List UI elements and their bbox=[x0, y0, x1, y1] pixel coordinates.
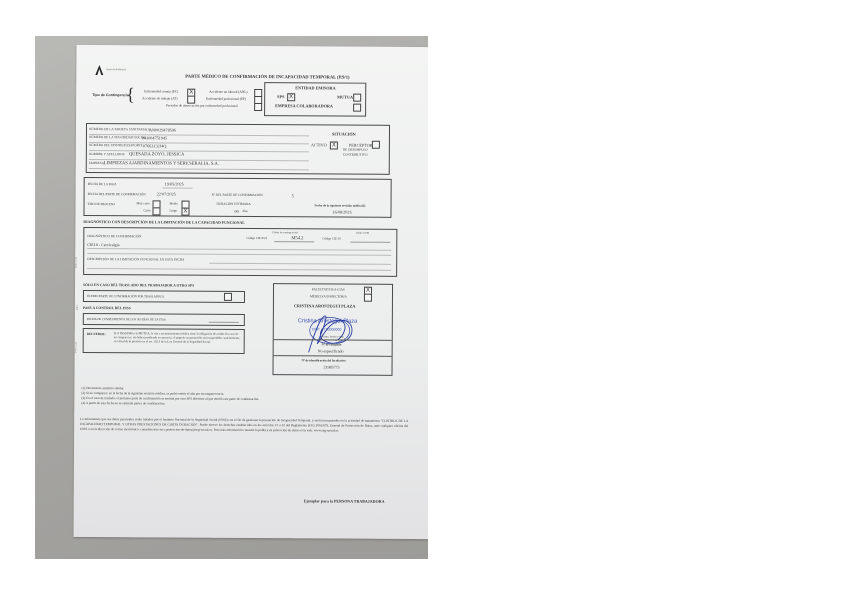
transfer-title: SÓLO EN CASO DEL TRASLADO DEL TRABAJADOR… bbox=[83, 283, 194, 289]
dni-label: NÚMERO DEL DNI/NIE/PASAPORTE: bbox=[89, 143, 144, 148]
perceptor-checkbox[interactable] bbox=[372, 141, 380, 149]
reminder-text: Si el INSS/ISM o la MUTUA, le cita a rec… bbox=[114, 331, 241, 344]
perceptor-sub2: CONTRIBUTIVO bbox=[343, 153, 368, 158]
empresa-checkbox[interactable] bbox=[353, 104, 361, 112]
reminder-label: RECUERDE: bbox=[87, 332, 106, 337]
document-page: Junta de Andalucía PARTE MÉDICO DE CONFI… bbox=[74, 45, 428, 539]
id-label: Nº de identificación del facultativo bbox=[302, 358, 346, 363]
inspector-label: MÉDICO/A INSPECTOR/A bbox=[310, 294, 347, 299]
diagnosis-section-title: DIAGNÓSTICO CON DESCRIPCIÓN DE LA LIMITA… bbox=[83, 220, 244, 226]
limitation-label: DESCRIPCIÓN DE LA LIMITACIÓN FUNCIONAL E… bbox=[87, 257, 184, 263]
mutua-checkbox[interactable] bbox=[353, 94, 361, 102]
confirm-num-value: 5 bbox=[292, 193, 294, 198]
ss-value: 041004751945 bbox=[142, 135, 167, 140]
diagnosis-confirm-label: DIAGNÓSTICO DE CONFIRMACIÓN bbox=[87, 234, 141, 239]
contingency-at-checkbox[interactable] bbox=[187, 96, 195, 104]
contingency-obs-checkbox[interactable] bbox=[254, 103, 262, 111]
transfer-last-checkbox[interactable] bbox=[224, 293, 232, 301]
duration-value: 90 bbox=[234, 209, 238, 214]
document-photo: Junta de Andalucía PARTE MÉDICO DE CONFI… bbox=[35, 36, 428, 559]
footnotes: (1) Documento sanitario similar. (2) Si … bbox=[81, 386, 381, 408]
contingency-anl-label: Accidente no laboral (ANL) bbox=[209, 90, 247, 95]
facultativo-label: FACULTATIVO/A-CIAS bbox=[312, 287, 345, 292]
colegiado-value: No especificado bbox=[318, 348, 344, 353]
doctor-name: CRISTINA AROSTEGUI PLAZA bbox=[294, 303, 355, 308]
doctor-box: FACULTATIVO/A-CIAS X MÉDICO/A INSPECTOR/… bbox=[272, 283, 393, 376]
duration-label: DURACIÓN ESTIMADA bbox=[217, 202, 251, 207]
reminder-box: RECUERDE: Si el INSS/ISM o la MUTUA, le … bbox=[83, 328, 245, 354]
contingency-ec-label: Enfermedad común (EC) bbox=[144, 89, 178, 94]
document-title: PARTE MÉDICO DE CONFIRMACIÓN DE INCAPACI… bbox=[185, 74, 349, 80]
name-label: NOMBRE Y APELLIDOS: bbox=[89, 152, 126, 157]
logo-text: Junta de Andalucía bbox=[106, 67, 126, 72]
inss-title: PASE A CONTROL DEL INSS bbox=[83, 306, 131, 311]
baja-value: 19/05/2025 bbox=[165, 181, 184, 186]
next-review-value: 16/08/2025 bbox=[332, 209, 351, 214]
confirm-date-label: FECHA DEL PARTE DE CONFIRMACIÓN bbox=[88, 192, 146, 197]
cie10-note: (Sólo en EP) bbox=[356, 231, 369, 236]
contingency-ep-label: Enfermedad profesional (EP) bbox=[206, 97, 246, 102]
mutua-label: MUTUA bbox=[337, 95, 353, 100]
confirm-num-label: Nº DEL PARTE DE CONFIRMACIÓN bbox=[212, 193, 263, 198]
inss-box: FECHA DE CUMPLIMIENTO DE LOS 365 DÍAS DE… bbox=[83, 313, 245, 326]
footnote-4: (4) A partir de esta fecha no se emitirá… bbox=[81, 401, 381, 408]
diagnosis-box: DIAGNÓSTICO DE CONFIRMACIÓN (Todas las c… bbox=[83, 227, 397, 277]
cie9-value: M54.2 bbox=[291, 235, 303, 240]
confirm-date-value: 22/07/2025 bbox=[157, 191, 176, 196]
health-card-label: NÚMERO DE LA TARJETA SANITARIA(1): bbox=[89, 127, 151, 132]
cie9-label: Código CIE-9/10 bbox=[246, 236, 267, 241]
corto-label: Corto bbox=[143, 208, 150, 213]
contingency-at-label: Accidente de trabajo (AT) bbox=[142, 96, 177, 101]
company-value: LIMPIEZAS AJARDINAMIENTOS Y SERV.SERALIA… bbox=[104, 160, 219, 166]
issuing-entity-title: ENTIDAD EMISORA bbox=[295, 85, 335, 90]
sps-checkbox[interactable]: X bbox=[287, 93, 295, 101]
next-review-label: Fecha de la siguiente revisión médica(2) bbox=[315, 203, 366, 208]
activo-label: ACTIVO bbox=[311, 142, 327, 147]
baja-label: FECHA DE LA BAJA bbox=[88, 182, 117, 187]
duration-unit: días bbox=[242, 209, 247, 214]
largo-label: Largo bbox=[169, 208, 177, 213]
transfer-box: ÚLTIMO PARTE DE CONFIRMACIÓN POR TRASLAD… bbox=[83, 290, 245, 303]
dni-value: 07663132J4Q bbox=[143, 143, 167, 148]
process-label: TIPO DE PROCESO bbox=[88, 202, 115, 207]
name-value: QUESADA ZOYO, JESSICA bbox=[129, 151, 185, 156]
copy-label: Ejemplar para la PERSONA TRABAJADORA bbox=[304, 498, 385, 503]
junta-andalucia-logo-icon bbox=[94, 65, 104, 75]
side-code-3: P-9/1 v1.0 bbox=[74, 342, 79, 353]
contingency-obs-label: Periodos de observación por enfermedad p… bbox=[166, 103, 237, 108]
issuing-entity-box: ENTIDAD EMISORA SPS X MUTUA EMPRESA COLA… bbox=[264, 82, 366, 117]
corto-checkbox[interactable] bbox=[152, 207, 160, 215]
situation-title: SITUACIÓN bbox=[332, 131, 356, 136]
empresa-label: EMPRESA COLABORADORA bbox=[275, 103, 333, 108]
ss-label: NÚMERO DE LA SEGURIDAD SOCIAL: bbox=[89, 135, 147, 140]
muy-corto-label: Muy corto bbox=[137, 201, 150, 206]
transfer-last-label: ÚLTIMO PARTE DE CONFIRMACIÓN POR TRASLAD… bbox=[87, 294, 164, 299]
contingency-brace: { bbox=[126, 85, 135, 103]
side-code-1: P.9/1 v1.0 bbox=[74, 257, 79, 267]
largo-checkbox[interactable]: X bbox=[181, 208, 189, 216]
company-label: EMPRESA: bbox=[89, 161, 105, 166]
colegiado-label: Nº de colegiado bbox=[322, 342, 342, 347]
dates-box: FECHA DE LA BAJA 19/05/2025 FECHA DEL PA… bbox=[83, 177, 391, 218]
activo-checkbox[interactable]: X bbox=[330, 141, 338, 149]
medio-label: Medio bbox=[170, 201, 178, 206]
inspector-checkbox[interactable] bbox=[364, 294, 372, 302]
side-code-2: P.9/1 bbox=[75, 305, 80, 310]
privacy-notice: Le informamos que sus datos personales s… bbox=[80, 417, 408, 434]
sps-label: SPS bbox=[277, 94, 284, 99]
diagnosis-text: CIE10 - Cervicalgia bbox=[87, 242, 119, 247]
health-card-value: AN0029478596 bbox=[149, 127, 176, 132]
inss-label: FECHA DE CUMPLIMIENTO DE LOS 365 DÍAS DE… bbox=[87, 317, 166, 322]
id-value: 21985773 bbox=[324, 364, 340, 369]
patient-box: NÚMERO DE LA TARJETA SANITARIA(1): AN002… bbox=[86, 123, 390, 175]
cie10-label: Código CIE-10 bbox=[322, 236, 340, 241]
contingency-label: Tipo de Contingencia bbox=[92, 93, 129, 98]
